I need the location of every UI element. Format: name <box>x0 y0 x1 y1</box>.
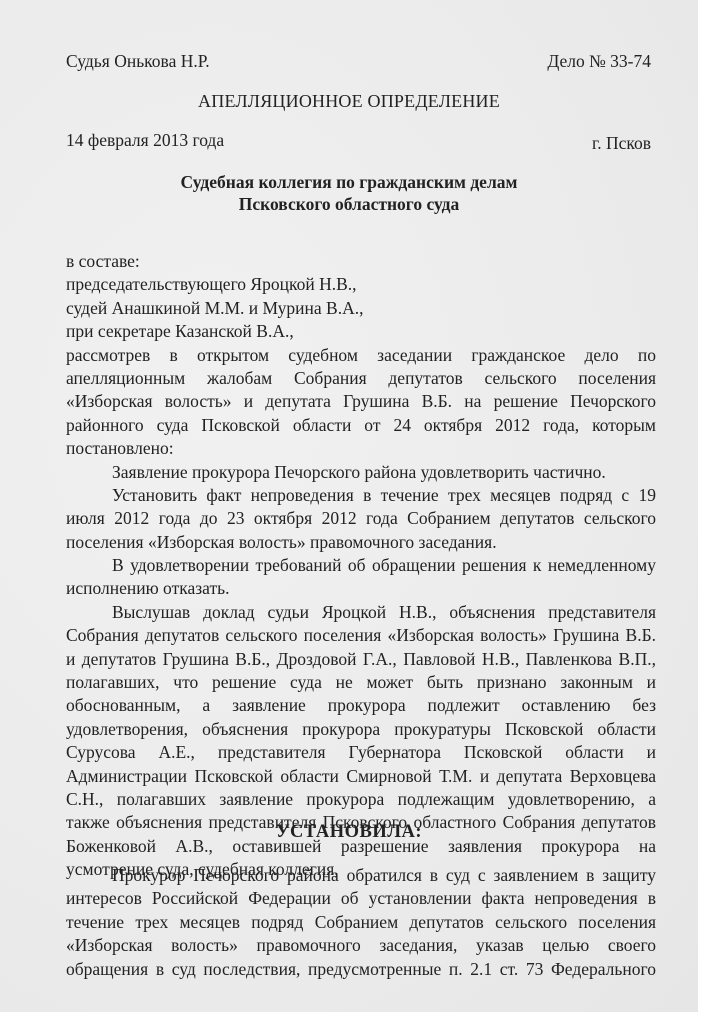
document-title: АПЕЛЛЯЦИОННОЕ ОПРЕДЕЛЕНИЕ <box>0 91 698 112</box>
document-page: Судья Онькова Н.Р. Дело № 33-74 АПЕЛЛЯЦИ… <box>0 0 698 1012</box>
hearing-line: полагавших, что решение суда не может бы… <box>66 671 656 694</box>
intro-line: «Изборская волость» и депутата Грушина В… <box>66 390 656 413</box>
section-heading-established: УСТАНОВИЛА: <box>0 822 698 843</box>
ruling-line: Установить факт непроведения в течение т… <box>66 484 656 507</box>
judge-name: Судья Онькова Н.Р. <box>66 51 210 72</box>
ruling-line: поселения «Изборская волость» правомочно… <box>66 531 656 554</box>
intro-line: апелляционным жалобам Собрания депутатов… <box>66 367 656 390</box>
hearing-line: Сурусова А.Е., представителя Губернатора… <box>66 741 656 764</box>
established-block: Прокурор Печорского района обратился в с… <box>66 864 656 981</box>
court-name-line2: Псковского областного суда <box>0 194 698 215</box>
ruling-line: В удовлетворении требований об обращении… <box>66 554 656 577</box>
hearing-line: С.Н., полагавших заявление прокурора под… <box>66 788 656 811</box>
document-date: 14 февраля 2013 года <box>66 130 224 151</box>
intro-line: постановлено: <box>66 437 656 460</box>
hearing-line: и депутатов Грушина В.Б., Дроздовой Г.А.… <box>66 648 656 671</box>
intro-line: районного суда Псковской области от 24 о… <box>66 414 656 437</box>
established-line: Прокурор Печорского района обратился в с… <box>66 864 656 887</box>
established-line: течение трех месяцев подряд Собранием де… <box>66 911 656 934</box>
case-number: Дело № 33-74 <box>547 51 651 72</box>
established-line: «Изборская волость» правомочного заседан… <box>66 934 656 957</box>
hearing-line: Собрания депутатов сельского поселения «… <box>66 624 656 647</box>
established-line: обращения в суд последствия, предусмотре… <box>66 958 656 981</box>
composition-line: судей Анашкиной М.М. и Мурина В.А., <box>66 297 656 320</box>
hearing-line: удовлетворения, объяснения прокурора про… <box>66 718 656 741</box>
hearing-line: Администрации Псковской области Смирново… <box>66 765 656 788</box>
intro-line: рассмотрев в открытом судебном заседании… <box>66 344 656 367</box>
hearing-line: обоснованным, а заявление прокурора подл… <box>66 694 656 717</box>
ruling-line: июля 2012 года до 23 октября 2012 года С… <box>66 507 656 530</box>
established-line: интересов Российской Федерации об устано… <box>66 887 656 910</box>
court-name-line1: Судебная коллегия по гражданским делам <box>0 172 698 193</box>
composition-block: в составе: председательствующего Яроцкой… <box>66 250 656 882</box>
composition-line: при секретаре Казанской В.А., <box>66 320 656 343</box>
composition-line: в составе: <box>66 250 656 273</box>
ruling-line: Заявление прокурора Печорского района уд… <box>66 461 656 484</box>
ruling-line: исполнению отказать. <box>66 577 656 600</box>
composition-line: председательствующего Яроцкой Н.В., <box>66 273 656 296</box>
hearing-line: Выслушав доклад судьи Яроцкой Н.В., объя… <box>66 601 656 624</box>
document-city: г. Псков <box>592 133 651 154</box>
